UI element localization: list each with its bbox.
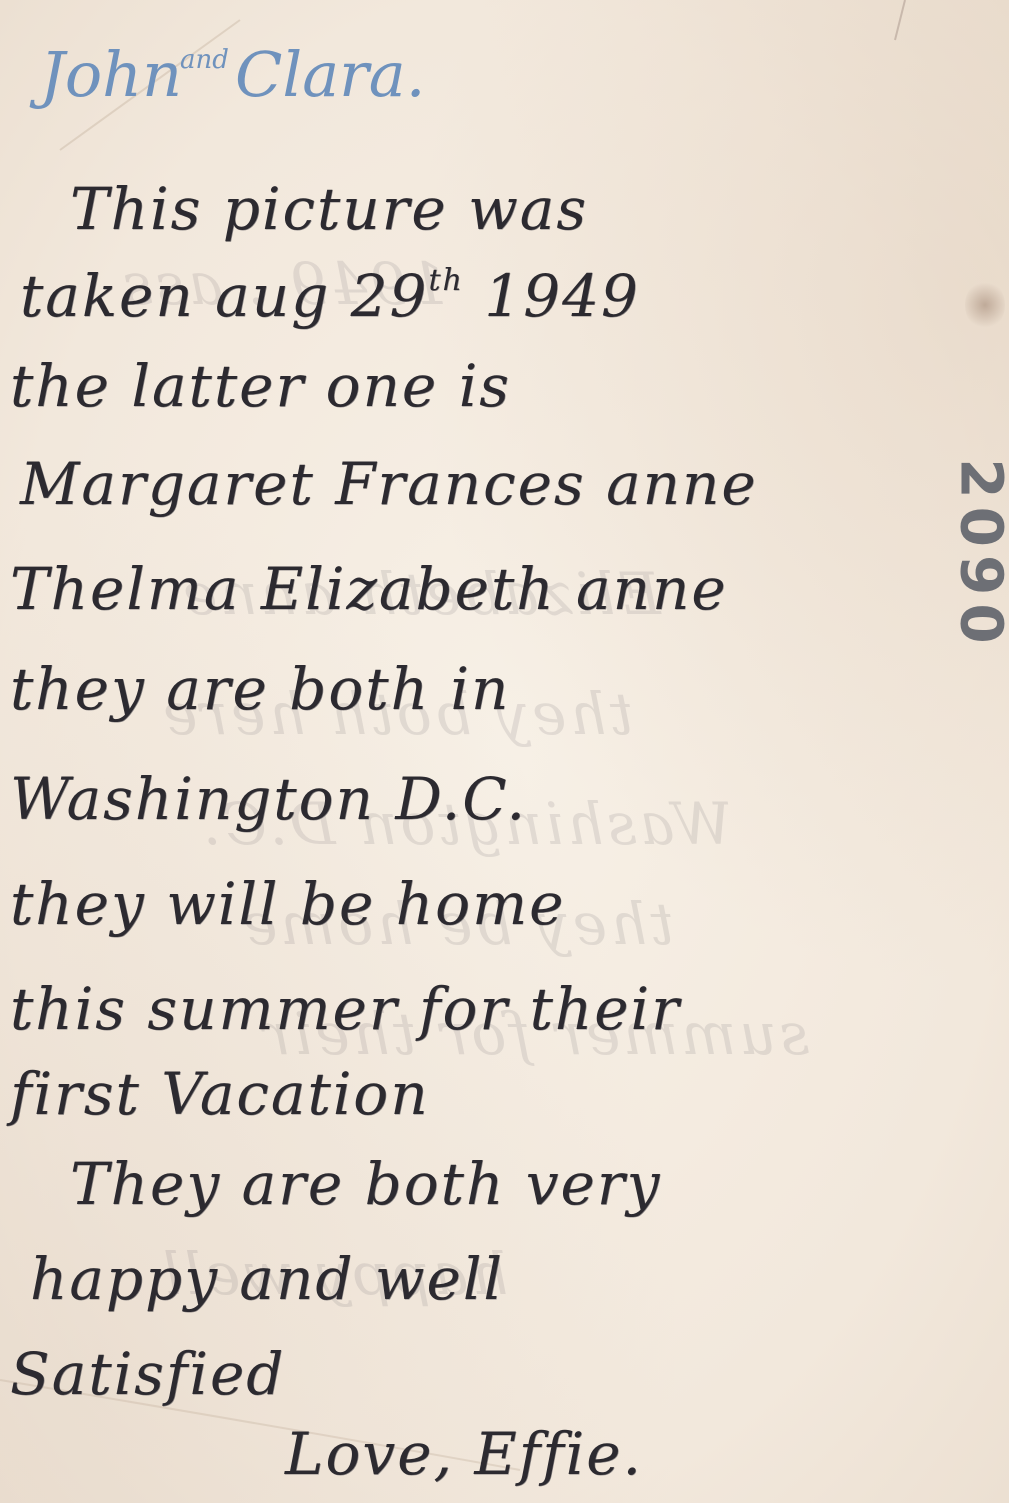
note-line-13: Satisfied <box>10 1340 285 1408</box>
note-line-9: this summer for their <box>10 975 681 1043</box>
note-line-6: they are both in <box>10 655 510 723</box>
date-year: 1949 <box>484 262 640 330</box>
date-day: 29 <box>351 262 429 330</box>
note-line-4: Margaret Frances anne <box>20 450 758 518</box>
note-line-7: Washington D.C. <box>10 765 527 833</box>
note-line-2: taken aug 29th 1949 <box>20 262 640 330</box>
addressee-second: Clara. <box>235 38 426 111</box>
paper-stain <box>965 280 1005 330</box>
note-line-5: Thelma Elizabeth anne <box>10 555 728 623</box>
addressee-first: John <box>40 38 182 111</box>
photo-back-paper: 1949 . ass Elizabeth anne they both here… <box>0 0 1009 1503</box>
note-line-12: happy and well <box>30 1245 504 1313</box>
note-line-11: They are both very <box>70 1150 661 1218</box>
date-month: aug <box>215 262 330 330</box>
addressee-heading: JohnandClara. <box>40 38 425 111</box>
note-line-8: they will be home <box>10 870 565 938</box>
note-line-10: first Vacation <box>10 1060 430 1128</box>
date-day-suffix: th <box>428 263 463 298</box>
signature-closing: Love, Effie. <box>285 1420 643 1488</box>
date-prefix-text: taken <box>20 262 215 330</box>
note-line-1: This picture was <box>70 175 588 243</box>
addressee-conjunction: and <box>180 45 229 75</box>
stamped-number: 2090 <box>952 440 1009 670</box>
note-line-3: the latter one is <box>10 352 511 420</box>
